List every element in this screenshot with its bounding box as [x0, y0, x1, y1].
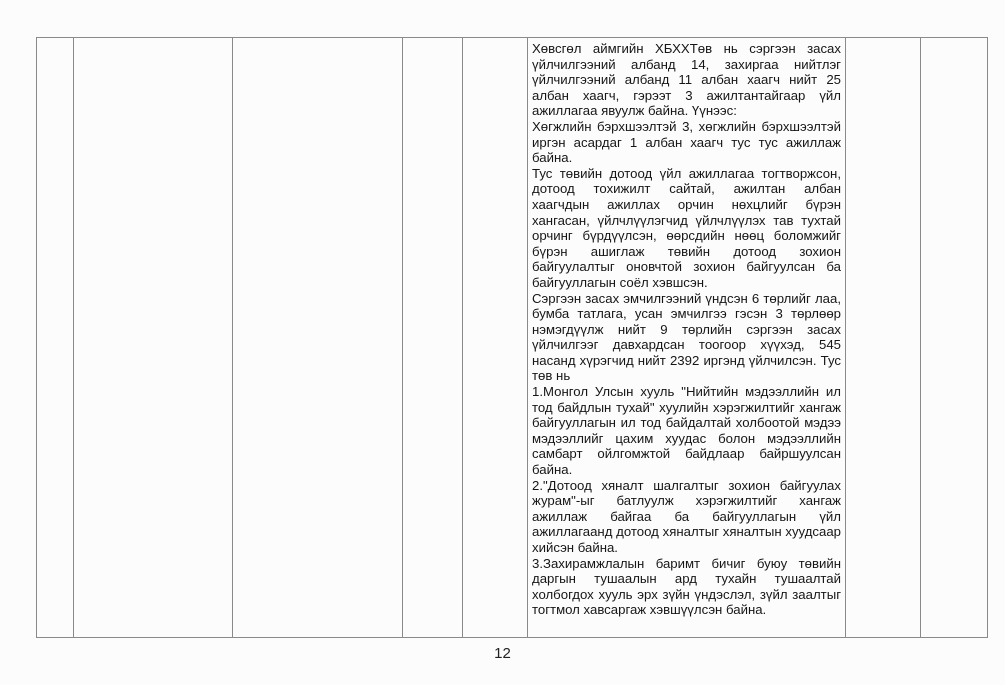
cell-col8 [921, 38, 988, 638]
cell-col2 [74, 38, 233, 638]
paragraph-treatment-services: Сэргээн засах эмчилгээний үндсэн 6 төрли… [532, 291, 841, 385]
cell-col3 [233, 38, 403, 638]
cell-number [37, 38, 74, 638]
cell-col4 [403, 38, 463, 638]
paragraph-item-1: 1.Монгол Улсын хууль "Нийтийн мэдээллийн… [532, 384, 841, 478]
page-number: 12 [0, 645, 1005, 662]
paragraph-staff: Хөвсгөл аймгийн ХБХХТөв нь сэргээн засах… [532, 41, 841, 119]
paragraph-item-2: 2."Дотоод хяналт шалгалтыг зохион байгуу… [532, 478, 841, 556]
paragraph-disabled-staff: Хөгжлийн бэрхшээлтэй 3, хөгжлийн бэрхшээ… [532, 119, 841, 166]
paragraph-internal-operations: Тус төвийн дотоод үйл ажиллагаа тогтворж… [532, 166, 841, 291]
paragraph-item-3: 3.Захирамжлалын баримт бичиг буюу төвийн… [532, 556, 841, 618]
report-table: Хөвсгөл аймгийн ХБХХТөв нь сэргээн засах… [36, 37, 988, 638]
cell-findings: Хөвсгөл аймгийн ХБХХТөв нь сэргээн засах… [528, 38, 846, 638]
cell-col5 [463, 38, 528, 638]
cell-col7 [846, 38, 921, 638]
table-row: Хөвсгөл аймгийн ХБХХТөв нь сэргээн засах… [37, 38, 988, 638]
document-page: Хөвсгөл аймгийн ХБХХТөв нь сэргээн засах… [0, 0, 1005, 685]
